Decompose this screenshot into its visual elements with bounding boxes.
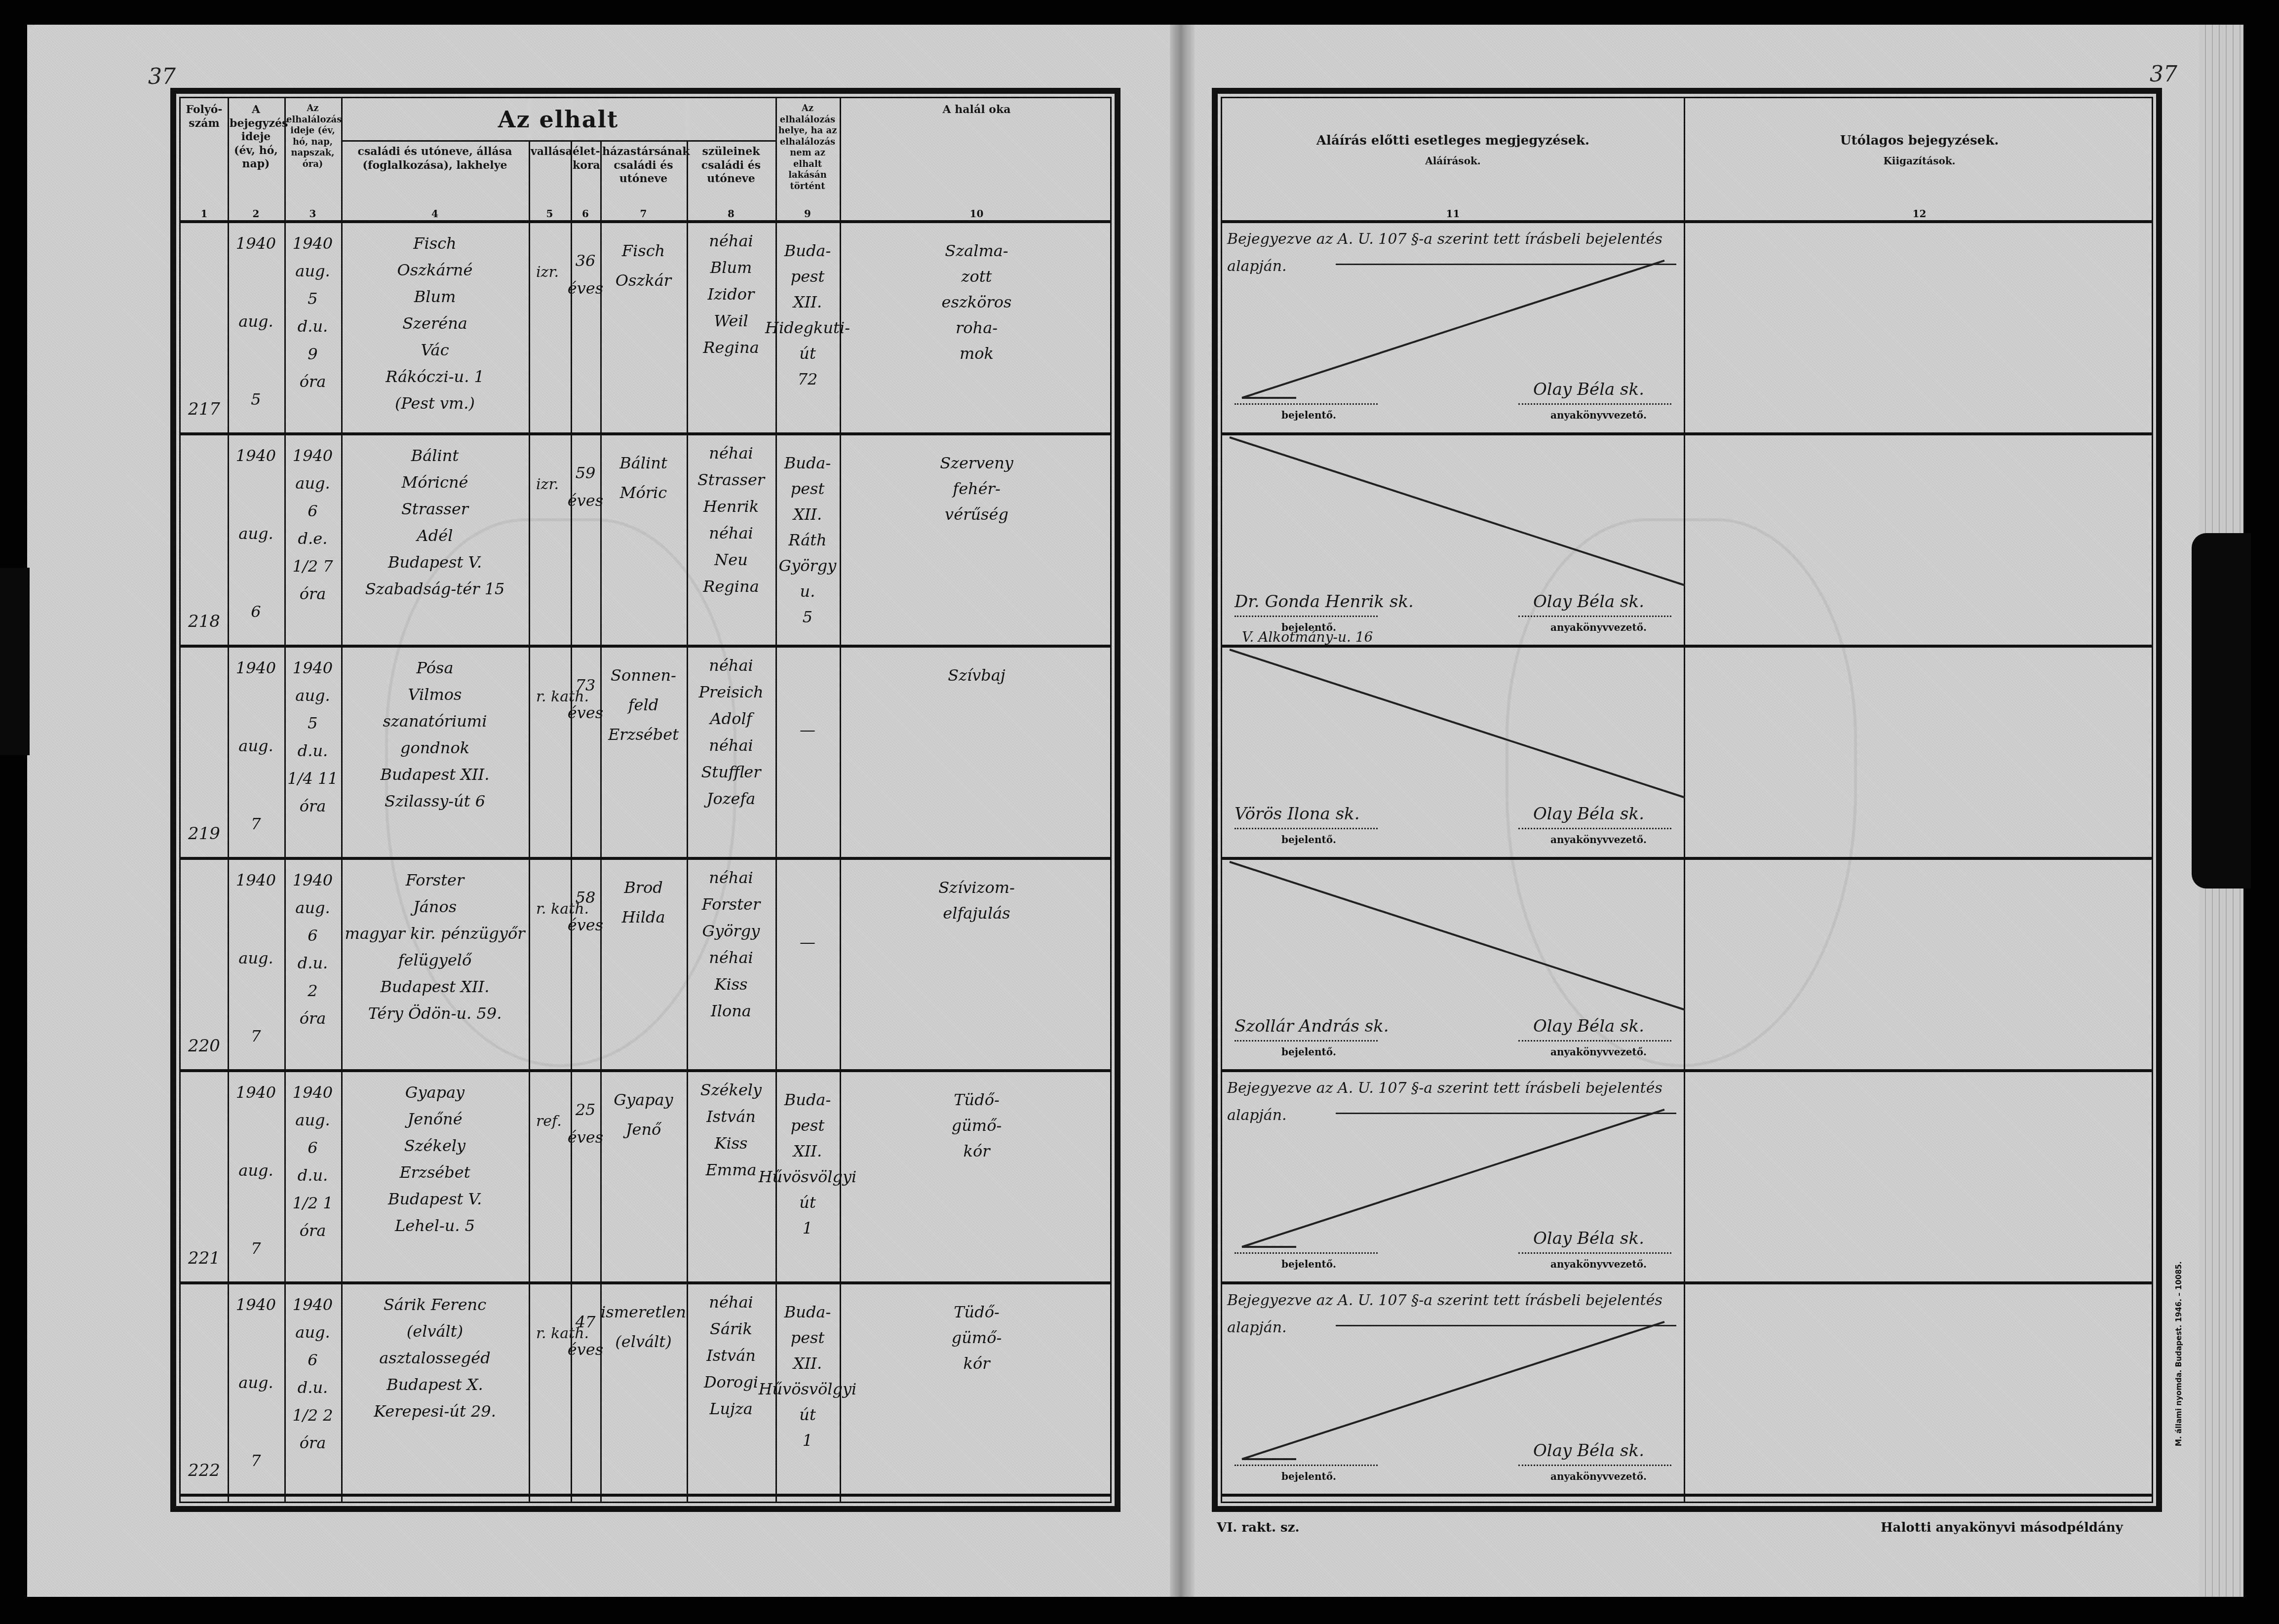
deceased-name-line: Szeréna: [402, 314, 467, 333]
deceased-name-line: Lehel-u. 5: [395, 1216, 475, 1235]
deceased-name-line: Móricné: [401, 473, 468, 492]
remarks-row: bejelentő.anyakönyvvezető.Szollár András…: [1222, 858, 1684, 1071]
death-time-line: óra: [300, 1433, 326, 1452]
death-time-line: 1940: [293, 658, 333, 677]
remarks-row: Bejegyezve az A. U. 107 §-a szerint tett…: [1222, 1071, 1684, 1283]
spouse-name-line: Móric: [620, 483, 667, 502]
entry-number: 220: [188, 1036, 220, 1056]
place-of-death-line: 1: [803, 1219, 812, 1237]
reporter-signature-line: [1235, 828, 1378, 829]
age: 25éves: [571, 1100, 600, 1147]
cause-of-death-line: eszköros: [942, 293, 1012, 311]
death-time-line: 5: [308, 714, 317, 733]
deceased-name: BálintMóricnéStrasserAdélBudapest V.Szab…: [341, 446, 529, 598]
left-index-tab: [0, 568, 30, 755]
death-time-line: 1940: [293, 446, 333, 465]
spouse-name-line: Oszkár: [616, 271, 671, 290]
column-header-4: családi és utóneve, állása (foglalkozása…: [341, 145, 529, 172]
cause-of-death: Szervenyfehér-vérűség: [840, 454, 1114, 524]
parents-names-line: Regina: [703, 577, 759, 596]
cancel-line: [1336, 264, 1676, 265]
spouse-name-line: Jenő: [626, 1120, 661, 1139]
place-of-death: —: [775, 720, 840, 739]
column-number-4: 4: [341, 208, 529, 220]
table-row: 2221940aug.71940aug.6d.u.1/2 2óraSárik F…: [181, 1283, 1110, 1495]
deceased-name-line: Budapest XII.: [381, 765, 490, 784]
cancel-line: [1242, 397, 1296, 399]
cause-of-death-line: Szívbaj: [948, 666, 1005, 685]
parents-names-line: néhai: [709, 444, 753, 463]
cancel-diagonal: [1229, 436, 1685, 586]
parents-names-line: Neu: [714, 550, 748, 569]
deceased-name-line: Pósa: [417, 658, 454, 677]
deceased-name-line: asztalossegéd: [379, 1349, 490, 1367]
parents-names-line: Adolf: [710, 709, 752, 728]
cancel-diagonal: [1241, 260, 1664, 399]
deceased-name-line: Sárik Ferenc: [384, 1295, 486, 1314]
age-line: éves: [568, 916, 603, 934]
place-of-death-line: pest: [791, 479, 825, 498]
deceased-name-line: Oszkárné: [397, 261, 473, 279]
registration-date-line: aug.: [238, 736, 273, 755]
death-time-line: 6: [308, 1138, 317, 1157]
column-header-11: Aláírás előtti esetleges megjegyzések.: [1222, 133, 1684, 149]
parents-names-line: Lujza: [709, 1399, 753, 1418]
column-header-1: Folyó-szám: [181, 103, 228, 130]
column-header-10: A halál oka: [840, 103, 1114, 117]
age-line: éves: [568, 279, 603, 298]
place-of-death-line: XII.: [793, 293, 822, 311]
registration-date-line: 7: [251, 1239, 261, 1258]
table-row: 2181940aug.61940aug.6d.e.1/2 7óraBálintM…: [181, 434, 1110, 646]
death-time: 1940aug.6d.u.2óra: [284, 871, 341, 1028]
parents-names-line: György: [702, 922, 760, 940]
deceased-name-line: Erzsébet: [399, 1163, 470, 1182]
column-number-11: 11: [1222, 208, 1684, 220]
registrar-signature-line: [1518, 828, 1671, 829]
registration-date-line: 1940: [236, 871, 276, 889]
reporter-signature-line: [1235, 616, 1378, 617]
place-of-death-line: Buda-: [784, 1303, 831, 1321]
death-time: 1940aug.5d.u.9óra: [284, 234, 341, 391]
registrar-signature-line: [1518, 1465, 1671, 1466]
place-of-death-line: XII.: [793, 1354, 822, 1373]
parents-names: néhaiSárikIstvánDorogiLujza: [687, 1293, 775, 1418]
deceased-name: GyapayJenőnéSzékelyErzsébetBudapest V.Le…: [341, 1083, 529, 1235]
deceased-name: PósaVilmosszanatóriumigondnokBudapest XI…: [341, 658, 529, 811]
parents-names-line: István: [706, 1107, 756, 1126]
entry-number: 222: [188, 1461, 220, 1480]
parents-names-line: Strasser: [697, 470, 765, 489]
reporter-label: bejelentő.: [1281, 1470, 1336, 1482]
entry-number: 218: [188, 612, 220, 631]
entry-number: 221: [188, 1248, 220, 1268]
reporter-label: bejelentő.: [1281, 834, 1336, 846]
column-divider: [1684, 98, 1685, 1502]
place-of-death-line: Hidegkuti-: [765, 318, 850, 337]
deceased-name-line: szanatóriumi: [383, 712, 487, 731]
parents-names: néhaiStrasserHenriknéhaiNeuRegina: [687, 444, 775, 596]
parents-names-line: Kiss: [715, 975, 748, 994]
parents-names-line: néhai: [709, 1293, 753, 1312]
deceased-name-line: Rákóczi-u. 1: [386, 367, 484, 386]
column-header-12: Utólagos bejegyzések.: [1684, 133, 2155, 149]
religion: izr.: [536, 264, 559, 281]
cause-of-death-line: kór: [964, 1354, 990, 1373]
parents-names-line: néhai: [709, 948, 753, 967]
cancel-line: [1336, 1113, 1676, 1114]
cancel-diagonal: [1241, 1109, 1664, 1248]
parents-names-line: Izidor: [708, 285, 755, 304]
registrar-signature-line: [1518, 403, 1671, 405]
registrar-signature: Olay Béla sk.: [1533, 380, 1644, 399]
registration-date-line: aug.: [238, 1373, 273, 1392]
registration-date: 1940aug.7: [228, 1295, 284, 1470]
parents-names-line: Ilona: [711, 1002, 751, 1020]
cause-of-death: Szívizom-elfajulás: [840, 878, 1114, 923]
column-header-6: élet-kora: [571, 145, 600, 172]
group-title: Az elhalt: [341, 106, 775, 134]
parents-names-line: Székely: [700, 1081, 762, 1099]
place-of-death-line: pest: [791, 1328, 825, 1347]
cancel-line: [1242, 1458, 1296, 1460]
column-number-1: 1: [181, 208, 228, 220]
spouse-name-line: ismeretlen: [601, 1303, 686, 1321]
remarks-row: Bejegyezve az A. U. 107 §-a szerint tett…: [1222, 222, 1684, 434]
cause-of-death-line: Tüdő-: [954, 1090, 1000, 1109]
column-number-7: 7: [600, 208, 687, 220]
place-of-death-line: Hűvösvölgyi: [759, 1167, 857, 1186]
death-time-line: 9: [308, 345, 317, 363]
age-line: 36: [576, 251, 596, 270]
place-of-death-line: —: [800, 720, 815, 739]
reporter-signature: Dr. Gonda Henrik sk.: [1235, 592, 1414, 612]
place-of-death-line: u.: [800, 582, 815, 601]
column-number-5: 5: [529, 208, 571, 220]
place-of-death-line: Buda-: [784, 454, 831, 472]
table-row: 2211940aug.71940aug.6d.u.1/2 1óraGyapayJ…: [181, 1071, 1110, 1283]
parents-names-line: Forster: [702, 895, 761, 914]
reporter-signature: Vörös Ilona sk.: [1235, 804, 1360, 824]
cause-of-death-line: fehér-: [953, 479, 1000, 498]
cause-of-death: Szalma-zotteszkörosroha-mok: [840, 241, 1114, 363]
cause-of-death: Szívbaj: [840, 666, 1114, 685]
deceased-name-line: Szilassy-út 6: [385, 792, 485, 811]
death-time: 1940aug.6d.u.1/2 2óra: [284, 1295, 341, 1452]
registrar-signature: Olay Béla sk.: [1533, 1441, 1644, 1461]
age-line: éves: [568, 1128, 603, 1147]
deceased-name-line: Forster: [406, 871, 464, 889]
place-of-death-line: út: [799, 1405, 815, 1424]
column-header-3: Az elhalálozás ideje (év, hó, nap, napsz…: [284, 103, 341, 170]
left-table-inner: Az elhaltFolyó-szám1A bejegyzés ideje (é…: [179, 97, 1112, 1503]
death-time-line: óra: [300, 1009, 326, 1028]
reporter-address: V. Alkotmány-u. 16: [1242, 629, 1373, 645]
place-of-death-line: Hűvösvölgyi: [759, 1380, 857, 1398]
registration-date-line: 5: [251, 390, 261, 409]
column-number-10: 10: [840, 208, 1114, 220]
place-of-death-line: út: [799, 344, 815, 363]
spouse-name: ismeretlen(elvált): [600, 1303, 687, 1351]
place-of-death: Buda-pestXII.Hűvösvölgyiút1: [775, 1090, 840, 1237]
deceased-name-line: gondnok: [400, 738, 469, 757]
age: 47éves: [571, 1313, 600, 1359]
parents-names: néhaiForsterGyörgynéhaiKissIlona: [687, 868, 775, 1020]
religion: izr.: [536, 476, 559, 493]
registration-date-line: 1940: [236, 234, 276, 253]
deceased-name-line: Budapest X.: [386, 1375, 483, 1394]
death-time-line: d.u.: [298, 954, 328, 972]
registrar-signature: Olay Béla sk.: [1533, 1016, 1644, 1036]
registrar-signature-line: [1518, 1252, 1671, 1254]
cause-of-death-line: gümő-: [952, 1116, 1002, 1135]
death-time-line: aug.: [295, 898, 330, 917]
age-line: éves: [568, 491, 603, 510]
place-of-death-line: Buda-: [784, 241, 831, 260]
reporter-signature-line: [1235, 403, 1378, 405]
place-of-death-line: Buda-: [784, 1090, 831, 1109]
table-row: 2201940aug.71940aug.6d.u.2óraForsterJáno…: [181, 858, 1110, 1071]
parents-names: néhaiPreisichAdolfnéhaiStufflerJozefa: [687, 656, 775, 808]
cancel-line: [1336, 1325, 1676, 1326]
registration-date-line: 1940: [236, 658, 276, 677]
age: 36éves: [571, 251, 600, 298]
deceased-name-line: Fisch: [413, 234, 456, 253]
deceased-name-line: Téry Ödön-u. 59.: [368, 1004, 502, 1023]
deceased-name-line: felügyelő: [398, 951, 472, 969]
parents-names-line: néhai: [709, 736, 753, 755]
column-subheader-12: Kiigazítások.: [1684, 155, 2155, 167]
death-time-line: aug.: [295, 686, 330, 705]
age: 73éves: [571, 676, 600, 722]
deceased-name-line: Gyapay: [405, 1083, 464, 1102]
deceased-name-line: Blum: [414, 287, 456, 306]
registrar-signature: Olay Béla sk.: [1533, 1229, 1644, 1248]
registration-date-line: aug.: [238, 949, 273, 967]
column-header-2: A bejegyzés ideje (év, hó, nap): [228, 103, 284, 171]
place-of-death-line: XII.: [793, 505, 822, 524]
age-line: 73: [576, 676, 596, 695]
registrar-label: anyakönyvvezető.: [1550, 1470, 1647, 1482]
death-time: 1940aug.6d.u.1/2 1óra: [284, 1083, 341, 1240]
death-time-line: aug.: [295, 1111, 330, 1129]
death-time-line: 2: [308, 981, 317, 1000]
place-of-death-line: pest: [791, 267, 825, 286]
table-row: 2171940aug.51940aug.5d.u.9óraFischOszkár…: [181, 222, 1110, 434]
column-header-8: szüleinek családi és utóneve: [687, 145, 775, 186]
deceased-name-line: Budapest XII.: [381, 977, 490, 996]
place-of-death-line: út: [799, 1193, 815, 1212]
death-time-line: 6: [308, 926, 317, 945]
parents-names-line: néhai: [709, 656, 753, 675]
parents-names-line: néhai: [709, 868, 753, 887]
death-time-line: aug.: [295, 1323, 330, 1342]
right-table-inner: Aláírás előtti esetleges megjegyzések.Al…: [1221, 97, 2153, 1503]
printer-imprint: M. állami nyomda. Budapest. 1946. – 1008…: [2174, 1261, 2183, 1446]
registrar-signature-line: [1518, 616, 1671, 617]
deceased-name-line: Szabadság-tér 15: [365, 580, 505, 598]
cause-of-death-line: kór: [964, 1142, 990, 1160]
cause-of-death-line: Szalma-: [945, 241, 1008, 260]
parents-names-line: Sárik: [710, 1319, 752, 1338]
column-number-8: 8: [687, 208, 775, 220]
parents-names-line: Regina: [703, 338, 759, 357]
book-gutter: [1170, 25, 1195, 1597]
registrar-label: anyakönyvvezető.: [1550, 834, 1647, 846]
spouse-name-line: Hilda: [622, 908, 665, 927]
parents-names-line: néhai: [709, 232, 753, 250]
column-header-7: házastársának családi és utóneve: [600, 145, 687, 186]
place-of-death-line: György: [779, 556, 837, 575]
death-time-line: 6: [308, 502, 317, 520]
column-number-6: 6: [571, 208, 600, 220]
table-row: 2191940aug.71940aug.5d.u.1/4 11óraPósaVi…: [181, 646, 1110, 858]
parents-names: néhaiBlumIzidorWeilRegina: [687, 232, 775, 357]
deceased-name-line: (Pest vm.): [395, 394, 475, 413]
cancel-diagonal: [1229, 861, 1685, 1011]
reporter-signature-line: [1235, 1465, 1378, 1466]
remark-text: Bejegyezve az A. U. 107 §-a szerint tett…: [1227, 1287, 1676, 1341]
column-header-9: Az elhalálozás helye, ha az elhalálozás …: [775, 103, 840, 192]
parents-names-line: Weil: [714, 311, 748, 330]
deceased-name-line: Székely: [404, 1136, 465, 1155]
parents-names-line: Emma: [705, 1160, 756, 1179]
registrar-signature-line: [1518, 1040, 1671, 1042]
registration-date-line: 1940: [236, 1083, 276, 1102]
death-time-line: aug.: [295, 262, 330, 280]
death-time-line: 5: [308, 289, 317, 308]
spouse-name-line: Erzsébet: [608, 725, 679, 744]
entry-number: 219: [188, 824, 220, 844]
column-number-9: 9: [775, 208, 840, 220]
death-time-line: aug.: [295, 474, 330, 493]
parents-names-line: Dorogi: [704, 1373, 758, 1392]
spouse-name: FischOszkár: [600, 241, 687, 290]
death-time-line: óra: [300, 372, 326, 391]
spouse-name-line: Fisch: [622, 241, 665, 260]
age: 58éves: [571, 888, 600, 934]
deceased-name-line: Budapest V.: [388, 553, 482, 572]
deceased-name-line: János: [413, 897, 457, 916]
deceased-name-line: Bálint: [411, 446, 459, 465]
death-time-line: d.u.: [298, 1166, 328, 1185]
parents-names-line: néhai: [709, 524, 753, 542]
remark-text: Bejegyezve az A. U. 107 §-a szerint tett…: [1227, 226, 1676, 280]
remarks-row: Bejegyezve az A. U. 107 §-a szerint tett…: [1222, 1283, 1684, 1495]
deceased-name-line: Jenőné: [407, 1110, 462, 1128]
place-of-death: —: [775, 932, 840, 951]
spouse-name-line: Sonnen-: [611, 666, 676, 685]
registration-date-line: 7: [251, 814, 261, 833]
age-line: éves: [568, 1340, 603, 1359]
deceased-name-line: Budapest V.: [388, 1190, 482, 1208]
reporter-signature-line: [1235, 1040, 1378, 1042]
spouse-name-line: Gyapay: [614, 1090, 673, 1109]
place-of-death-line: XII.: [793, 1142, 822, 1160]
shelf-label: VI. rakt. sz.: [1217, 1520, 1300, 1535]
cancel-diagonal: [1229, 649, 1685, 799]
reporter-label: bejelentő.: [1281, 1046, 1336, 1058]
death-time-line: óra: [300, 584, 326, 603]
place-of-death-line: 1: [803, 1431, 812, 1450]
deceased-name-line: (elvált): [407, 1322, 463, 1341]
group-header-divider: [341, 140, 775, 142]
cause-of-death-line: Szerveny: [940, 454, 1013, 472]
cause-of-death-line: roha-: [956, 318, 998, 337]
column-header-5: vallása: [529, 145, 571, 159]
death-time-line: 1/2 2: [292, 1406, 333, 1425]
cause-of-death: Tüdő-gümő-kór: [840, 1090, 1114, 1160]
death-time: 1940aug.5d.u.1/4 11óra: [284, 658, 341, 815]
reporter-label: bejelentő.: [1281, 409, 1336, 421]
parents-names-line: Preisich: [698, 683, 763, 701]
document-title: Halotti anyakönyvi másodpéldány: [1881, 1520, 2123, 1535]
registration-date: 1940aug.7: [228, 658, 284, 833]
cause-of-death-line: mok: [960, 344, 994, 363]
age-line: 47: [576, 1313, 596, 1331]
left-page-number: 37: [148, 64, 176, 89]
cause-of-death-line: vérűség: [945, 505, 1008, 524]
place-of-death-line: Ráth: [788, 531, 826, 549]
cause-of-death-line: gümő-: [952, 1328, 1002, 1347]
death-time: 1940aug.6d.e.1/2 7óra: [284, 446, 341, 603]
right-index-tab: [2192, 533, 2251, 889]
death-time-line: 1940: [293, 1083, 333, 1102]
spouse-name: BálintMóric: [600, 454, 687, 502]
column-number-2: 2: [228, 208, 284, 220]
registration-date: 1940aug.6: [228, 446, 284, 621]
deceased-name: FischOszkárnéBlumSzerénaVácRákóczi-u. 1(…: [341, 234, 529, 413]
registration-date-line: aug.: [238, 1161, 273, 1180]
parents-names-line: Blum: [710, 258, 752, 277]
deceased-name: Sárik Ferenc(elvált)asztalossegédBudapes…: [341, 1295, 529, 1421]
deceased-name-line: Kerepesi-út 29.: [374, 1402, 496, 1421]
spouse-name: GyapayJenő: [600, 1090, 687, 1139]
cancel-diagonal: [1241, 1321, 1664, 1460]
entry-number: 217: [188, 399, 220, 419]
registrar-label: anyakönyvvezető.: [1550, 621, 1647, 633]
death-time-line: d.u.: [298, 1378, 328, 1397]
cause-of-death-line: Szívizom-: [938, 878, 1015, 897]
remarks-table: Aláírás előtti esetleges megjegyzések.Al…: [1212, 88, 2162, 1512]
death-time-line: 1/4 11: [287, 769, 338, 788]
parents-names-line: Kiss: [715, 1134, 748, 1153]
spouse-name: Sonnen-feldErzsébet: [600, 666, 687, 744]
deceased-name-line: magyar kir. pénzügyőr: [345, 924, 525, 943]
deceased-name-line: Strasser: [401, 500, 468, 518]
place-of-death-line: 72: [798, 370, 818, 388]
registration-date-line: 7: [251, 1027, 261, 1045]
death-time-line: d.e.: [298, 529, 328, 548]
registrar-signature: Olay Béla sk.: [1533, 592, 1644, 612]
place-of-death-line: 5: [803, 608, 812, 626]
registrar-label: anyakönyvvezető.: [1550, 1046, 1647, 1058]
death-time-line: 1940: [293, 871, 333, 889]
death-register-table: Az elhaltFolyó-szám1A bejegyzés ideje (é…: [170, 88, 1120, 1512]
cause-of-death: Tüdő-gümő-kór: [840, 1303, 1114, 1373]
parents-names-line: Jozefa: [707, 789, 756, 808]
death-time-line: 1/2 7: [292, 557, 333, 576]
spouse-name-line: Bálint: [619, 454, 667, 472]
registration-date-line: aug.: [238, 312, 273, 331]
age-line: 58: [576, 888, 596, 907]
death-time-line: óra: [300, 1221, 326, 1240]
death-time-line: óra: [300, 797, 326, 815]
place-of-death-line: —: [800, 932, 815, 951]
death-time-line: 1/2 1: [292, 1194, 333, 1212]
remark-text: Bejegyezve az A. U. 107 §-a szerint tett…: [1227, 1075, 1676, 1129]
cause-of-death-line: elfajulás: [943, 904, 1010, 923]
